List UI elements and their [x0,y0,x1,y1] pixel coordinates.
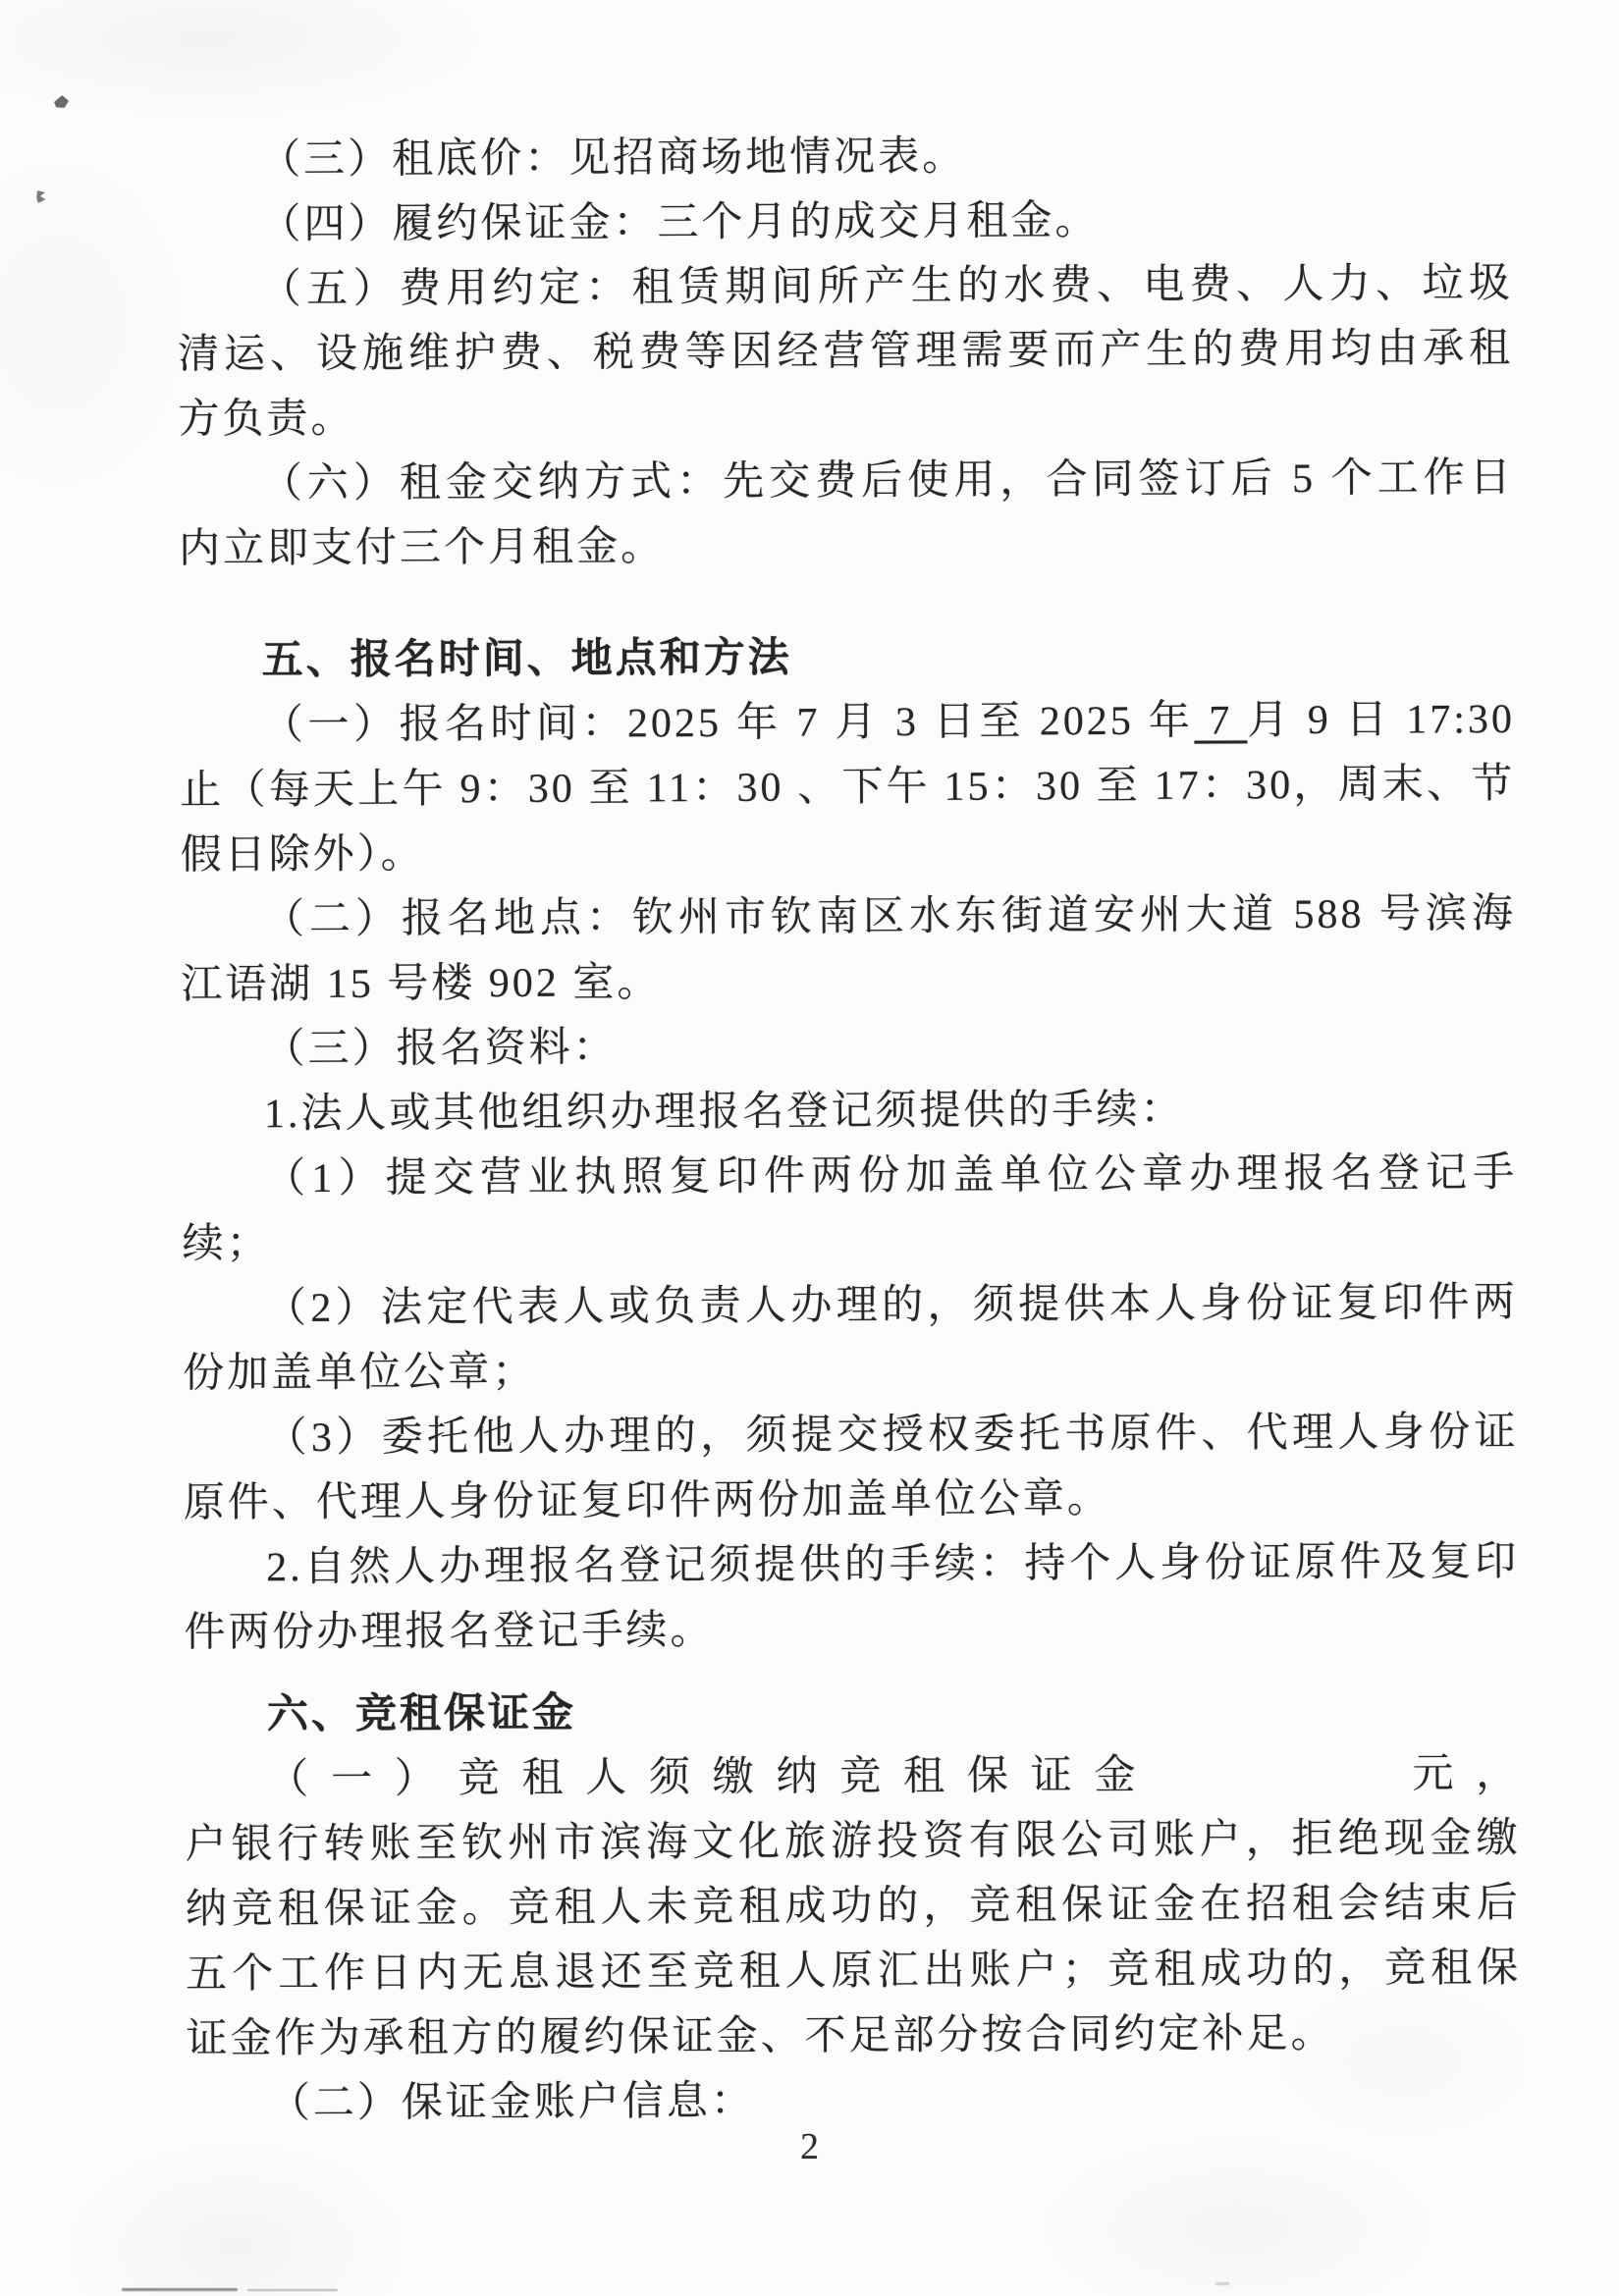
document-body: （三）租底价：见招商场地情况表。（四）履约保证金：三个月的成交月租金。（五）费用… [177,122,1522,2137]
text-line: （四）履约保证金：三个月的成交月租金。 [177,187,1512,258]
text-line: （二）报名地点：钦州市钦南区水东街道安州大道 588 号滨海 [181,881,1516,953]
scan-artifact-line [1215,2282,1229,2285]
text-line: 份加盖单位公章； [183,1335,1518,1407]
text-line: （1）提交营业执照复印件两份加盖单位公章办理报名登记手 [182,1141,1517,1212]
text-line: 江语湖 15 号楼 902 室。 [181,946,1516,1018]
scan-artifact-line [247,2289,338,2291]
text-line: 内立即支付三个月租金。 [179,510,1514,582]
text-lines: （三）租底价：见招商场地情况表。（四）履约保证金：三个月的成交月租金。（五）费用… [177,122,1522,2137]
text-line: 假日除外）。 [180,817,1515,888]
scan-speck [36,190,46,203]
text-line: （一）报名时间：2025 年 7 月 3 日至 2025 年 7 月 9 日 1… [180,687,1515,759]
text-line: 原件、代理人身份证复印件两份加盖单位公章。 [184,1465,1519,1536]
text-line: （五）费用约定：租赁期间所产生的水费、电费、人力、垃圾 [178,251,1513,323]
text-line: 件两份办理报名登记手续。 [184,1594,1519,1666]
text-line: 纳竞租保证金。竞租人未竞租成功的，竞租保证金在招租会结束后 [186,1871,1521,1943]
page-number: 2 [0,2125,1619,2168]
text-line: 止（每天上午 9：30 至 11：30 、下午 15：30 至 17：30，周末… [180,752,1515,824]
text-line: 清运、设施维护费、税费等因经营管理需要而产生的费用均由承租 [178,316,1513,388]
text-line: 五个工作日内无息退还至竞租人原汇出账户；竞租成功的，竞租保 [186,1936,1521,2007]
underlined-text: 7 [1194,698,1247,743]
text-line: （三）报名资料： [181,1011,1516,1083]
text-segment: （一）报名时间：2025 年 7 月 3 日至 2025 年 [262,699,1195,749]
section-heading: 六、竞租保证金 [185,1677,1520,1748]
section-heading: 五、报名时间、地点和方法 [179,622,1514,694]
text-line: 方负责。 [178,381,1513,453]
scan-speck [54,95,69,108]
text-line: 2.自然人办理报名登记须提供的手续：持个人身份证原件及复印 [184,1529,1519,1601]
text-line: （3）委托他人办理的，须提交授权委托书原件、代理人身份证 [183,1400,1518,1471]
text-line: （六）租金交纳方式：先交费后使用，合同签订后 5 个工作日 [179,446,1514,517]
scanned-document-page: （三）租底价：见招商场地情况表。（四）履约保证金：三个月的成交月租金。（五）费用… [0,0,1619,2296]
text-line: 续； [182,1205,1517,1277]
text-line: （一）竞租人须缴纳竞租保证金 元，保证金通过竞租人账 [185,1741,1520,1813]
text-line: （2）法定代表人或负责人办理的，须提供本人身份证复印件两 [183,1270,1518,1342]
text-line: （三）租底价：见招商场地情况表。 [177,122,1512,193]
text-line: 户银行转账至钦州市滨海文化旅游投资有限公司账户，拒绝现金缴 [185,1806,1520,1878]
scan-artifact-line [122,2288,238,2291]
text-segment: 月 9 日 17:30 [1247,697,1515,743]
text-line: 证金作为承租方的履约保证金、不足部分按合同约定补足。 [186,2001,1521,2072]
text-line: 1.法人或其他组织办理报名登记须提供的手续： [182,1076,1517,1148]
